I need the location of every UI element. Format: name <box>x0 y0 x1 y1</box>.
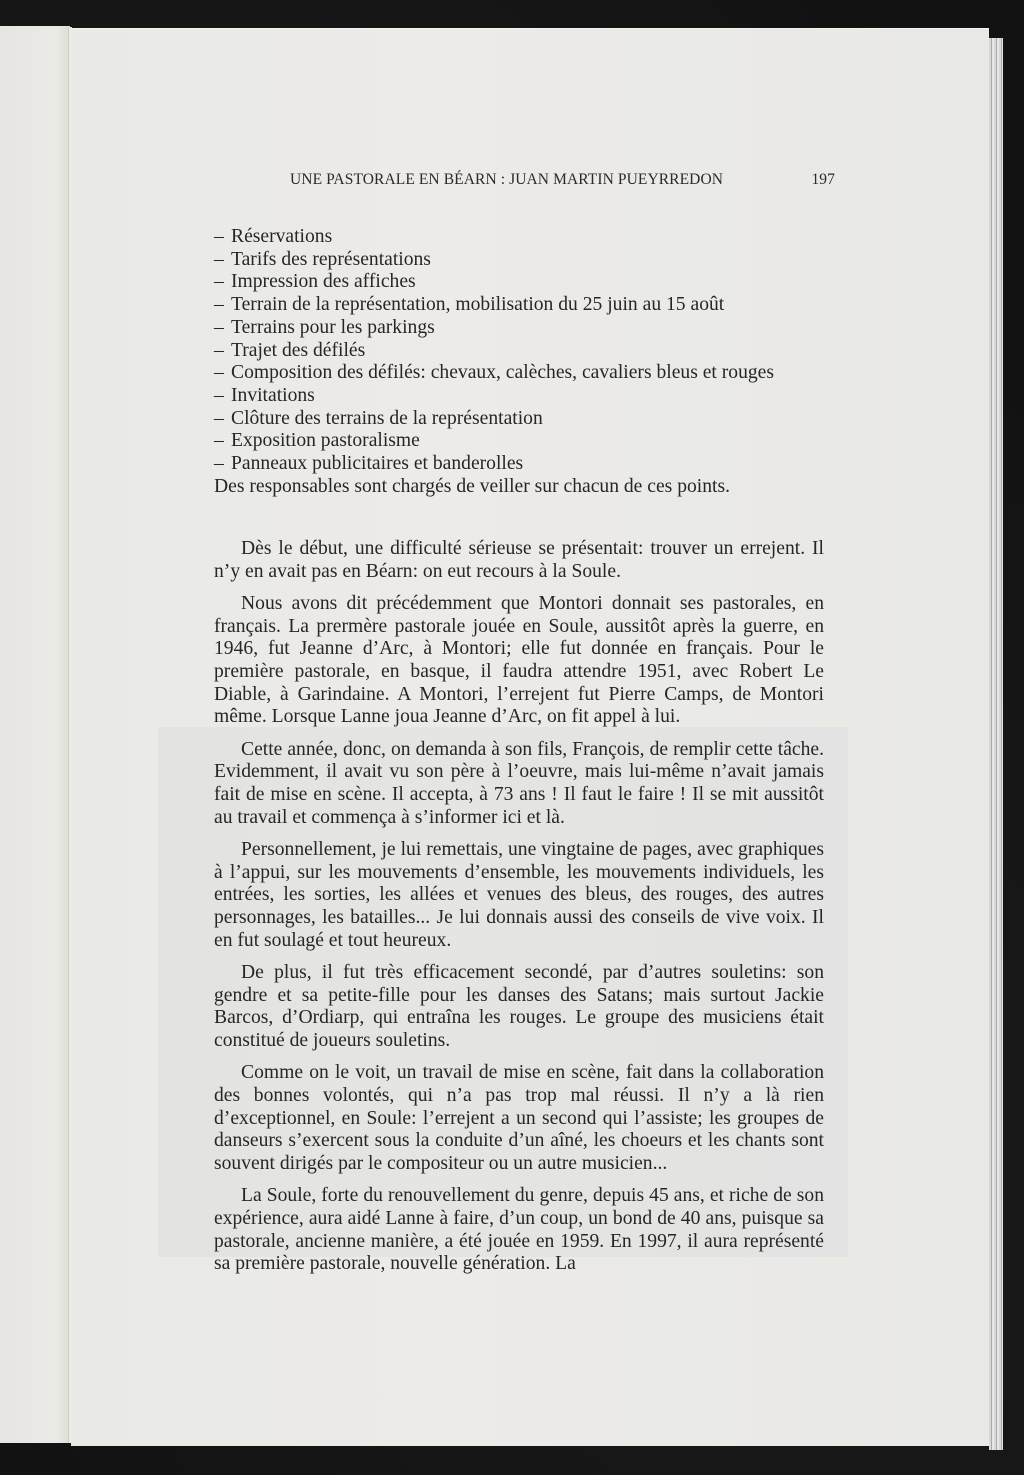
dash-bullet: – <box>214 226 231 249</box>
list-item-text: Réservations <box>231 226 332 247</box>
list-item: –Terrain de la représentation, mobilisat… <box>214 294 824 317</box>
list-item: –Réservations <box>214 226 824 249</box>
list-closing-line: Des responsables sont chargés de veiller… <box>214 476 824 499</box>
list-item-text: Composition des défilés: chevaux, calèch… <box>231 362 774 383</box>
dash-bullet: – <box>214 362 231 385</box>
dash-bullet: – <box>214 453 231 476</box>
list-item-text: Terrain de la représentation, mobilisati… <box>231 294 724 315</box>
list-item-text: Invitations <box>231 385 315 406</box>
dash-bullet: – <box>214 340 231 363</box>
list-item: –Terrains pour les parkings <box>214 317 824 340</box>
running-title: UNE PASTORALE EN BÉARN : JUAN MARTIN PUE… <box>290 171 723 189</box>
list-item: –Invitations <box>214 385 824 408</box>
list-item-text: Panneaux publicitaires et banderolles <box>231 453 523 474</box>
paragraph: De plus, il fut très efficacement second… <box>214 962 824 1052</box>
list-item-text: Exposition pastoralisme <box>231 430 420 451</box>
list-item-text: Clôture des terrains de la représentatio… <box>231 408 543 429</box>
body-text: Dès le début, une difficulté sérieuse se… <box>214 538 824 1286</box>
paragraph: Personnellement, je lui remettais, une v… <box>214 839 824 952</box>
dash-bullet: – <box>214 294 231 317</box>
dash-bullet: – <box>214 317 231 340</box>
paragraph: La Soule, forte du renouvellement du gen… <box>214 1185 824 1275</box>
dash-bullet: – <box>214 271 231 294</box>
page-edge-stack <box>989 38 1003 1450</box>
paragraph: Cette année, donc, on demanda à son fils… <box>214 739 824 829</box>
list-item: –Panneaux publicitaires et banderolles <box>214 453 824 476</box>
paragraph: Comme on le voit, un travail de mise en … <box>214 1062 824 1175</box>
list-item-text: Impression des affiches <box>231 271 416 292</box>
list-item-text: Tarifs des représentations <box>231 249 431 270</box>
task-list-block: –Réservations –Tarifs des représentation… <box>214 226 824 498</box>
facing-page-edge <box>0 26 70 1443</box>
dash-bullet: – <box>214 430 231 453</box>
paragraph: Nous avons dit précédemment que Montori … <box>214 593 824 729</box>
list-item: –Impression des affiches <box>214 271 824 294</box>
page-number: 197 <box>811 171 835 189</box>
list-item-text: Trajet des défilés <box>231 340 365 361</box>
list-item: –Composition des défilés: chevaux, calèc… <box>214 362 824 385</box>
list-item: –Tarifs des représentations <box>214 249 824 272</box>
list-item: –Clôture des terrains de la représentati… <box>214 408 824 431</box>
list-item: –Trajet des défilés <box>214 340 824 363</box>
dash-bullet: – <box>214 408 231 431</box>
running-header: UNE PASTORALE EN BÉARN : JUAN MARTIN PUE… <box>290 171 835 195</box>
task-list: –Réservations –Tarifs des représentation… <box>214 226 824 476</box>
list-item-text: Terrains pour les parkings <box>231 317 435 338</box>
paragraph: Dès le début, une difficulté sérieuse se… <box>214 538 824 583</box>
dash-bullet: – <box>214 249 231 272</box>
list-item: –Exposition pastoralisme <box>214 430 824 453</box>
dash-bullet: – <box>214 385 231 408</box>
